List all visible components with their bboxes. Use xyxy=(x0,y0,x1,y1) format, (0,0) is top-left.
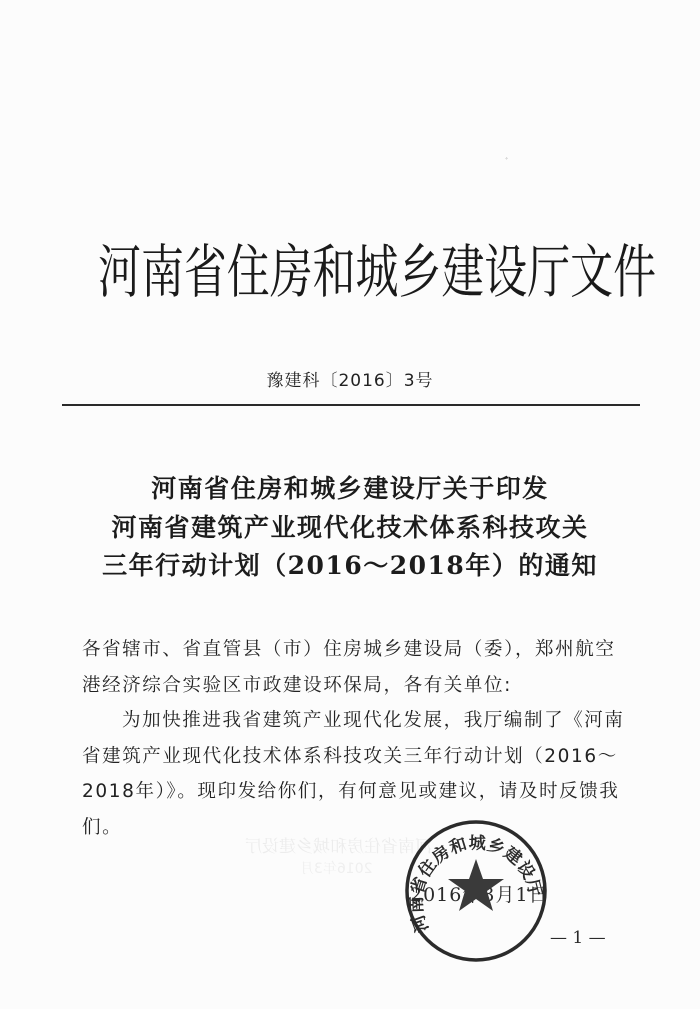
issuer-header-text: 河南省住房和城乡建设厅文件 xyxy=(98,232,656,312)
notice-title-line-1: 河南省住房和城乡建设厅关于印发 xyxy=(0,470,700,509)
scan-mark: ﾞ xyxy=(505,155,510,168)
notice-title-line-2: 河南省建筑产业现代化技术体系科技攻关 xyxy=(0,509,700,548)
addressees: 各省辖市、省直管县（市）住房城乡建设局（委），郑州航空港经济综合实验区市政建设环… xyxy=(82,632,627,703)
document-number: 豫建科〔2016〕3号 xyxy=(0,366,700,391)
document-page: ﾞ 河南省住房和城乡建设厅文件 豫建科〔2016〕3号 河南省住房和城乡建设厅关… xyxy=(0,0,700,1009)
star-icon xyxy=(448,859,504,911)
issuer-header: 河南省住房和城乡建设厅文件 xyxy=(0,232,700,312)
body-text: 各省辖市、省直管县（市）住房城乡建设局（委），郑州航空港经济综合实验区市政建设环… xyxy=(82,632,627,845)
bleed-through-date: 2016年3月 xyxy=(300,858,373,878)
notice-title: 河南省住房和城乡建设厅关于印发 河南省建筑产业现代化技术体系科技攻关 三年行动计… xyxy=(0,470,700,586)
page-number: — 1 — xyxy=(550,928,606,948)
header-divider xyxy=(62,404,640,406)
notice-title-line-3: 三年行动计划（2016～2018年）的通知 xyxy=(0,547,700,586)
official-seal: 河南省住房和城乡建设厅 xyxy=(404,819,548,963)
